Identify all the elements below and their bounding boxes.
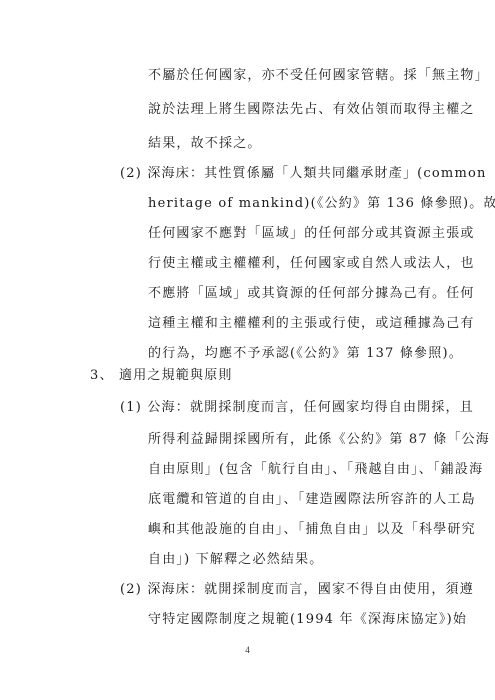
text-line: (2) 深海床：其性質係屬「人類共同繼承財產」(common <box>120 166 487 182</box>
text-line: 的行為，均應不予承認(《公約》第 137 條參照)。 <box>148 346 463 362</box>
text-line: 自由」) 下解釋之必然結果。 <box>148 552 324 568</box>
text-line: 結果，故不採之。 <box>148 136 262 152</box>
text-line: 所得利益歸開採國所有，此係《公約》第 87 條「公海 <box>148 432 490 448</box>
text-line: 不屬於任何國家，亦不受任何國家管轄。採「無主物」 <box>148 68 489 84</box>
text-line: (2) 深海床：就開採制度而言，國家不得自由使用，須遵 <box>120 582 474 598</box>
text-line: 自由原則」(包含「航行自由」、「飛越自由」、「鋪設海 <box>148 462 483 478</box>
text-line: 嶼和其他設施的自由」、「捕魚自由」以及「科學研究 <box>148 522 476 538</box>
text-line: 這種主權和主權權利的主張或行使，或這種據為己有 <box>148 316 475 332</box>
text-line: 任何國家不應對「區域」的任何部分或其資源主張或 <box>148 226 475 242</box>
text-line: 底電纜和管道的自由」、「建造國際法所容許的人工島 <box>148 492 476 508</box>
text-line: 守特定國際制度之規範(1994 年《深海床協定》)始 <box>148 612 467 628</box>
text-line: 3、 適用之規範與原則 <box>90 368 233 384</box>
text-line: 不應將「區域」或其資源的任何部分據為己有。任何 <box>148 286 475 302</box>
text-line: 行使主權或主權權利，任何國家或自然人或法人，也 <box>148 256 475 272</box>
text-line: 說於法理上將生國際法先占、有效佔領而取得主權之 <box>148 102 475 118</box>
text-line: (1) 公海：就開採制度而言，任何國家均得自由開採，且 <box>120 400 474 416</box>
page-number: 4 <box>0 645 495 655</box>
text-line: heritage of mankind)(《公約》第 136 條參照)。故 <box>148 196 495 212</box>
